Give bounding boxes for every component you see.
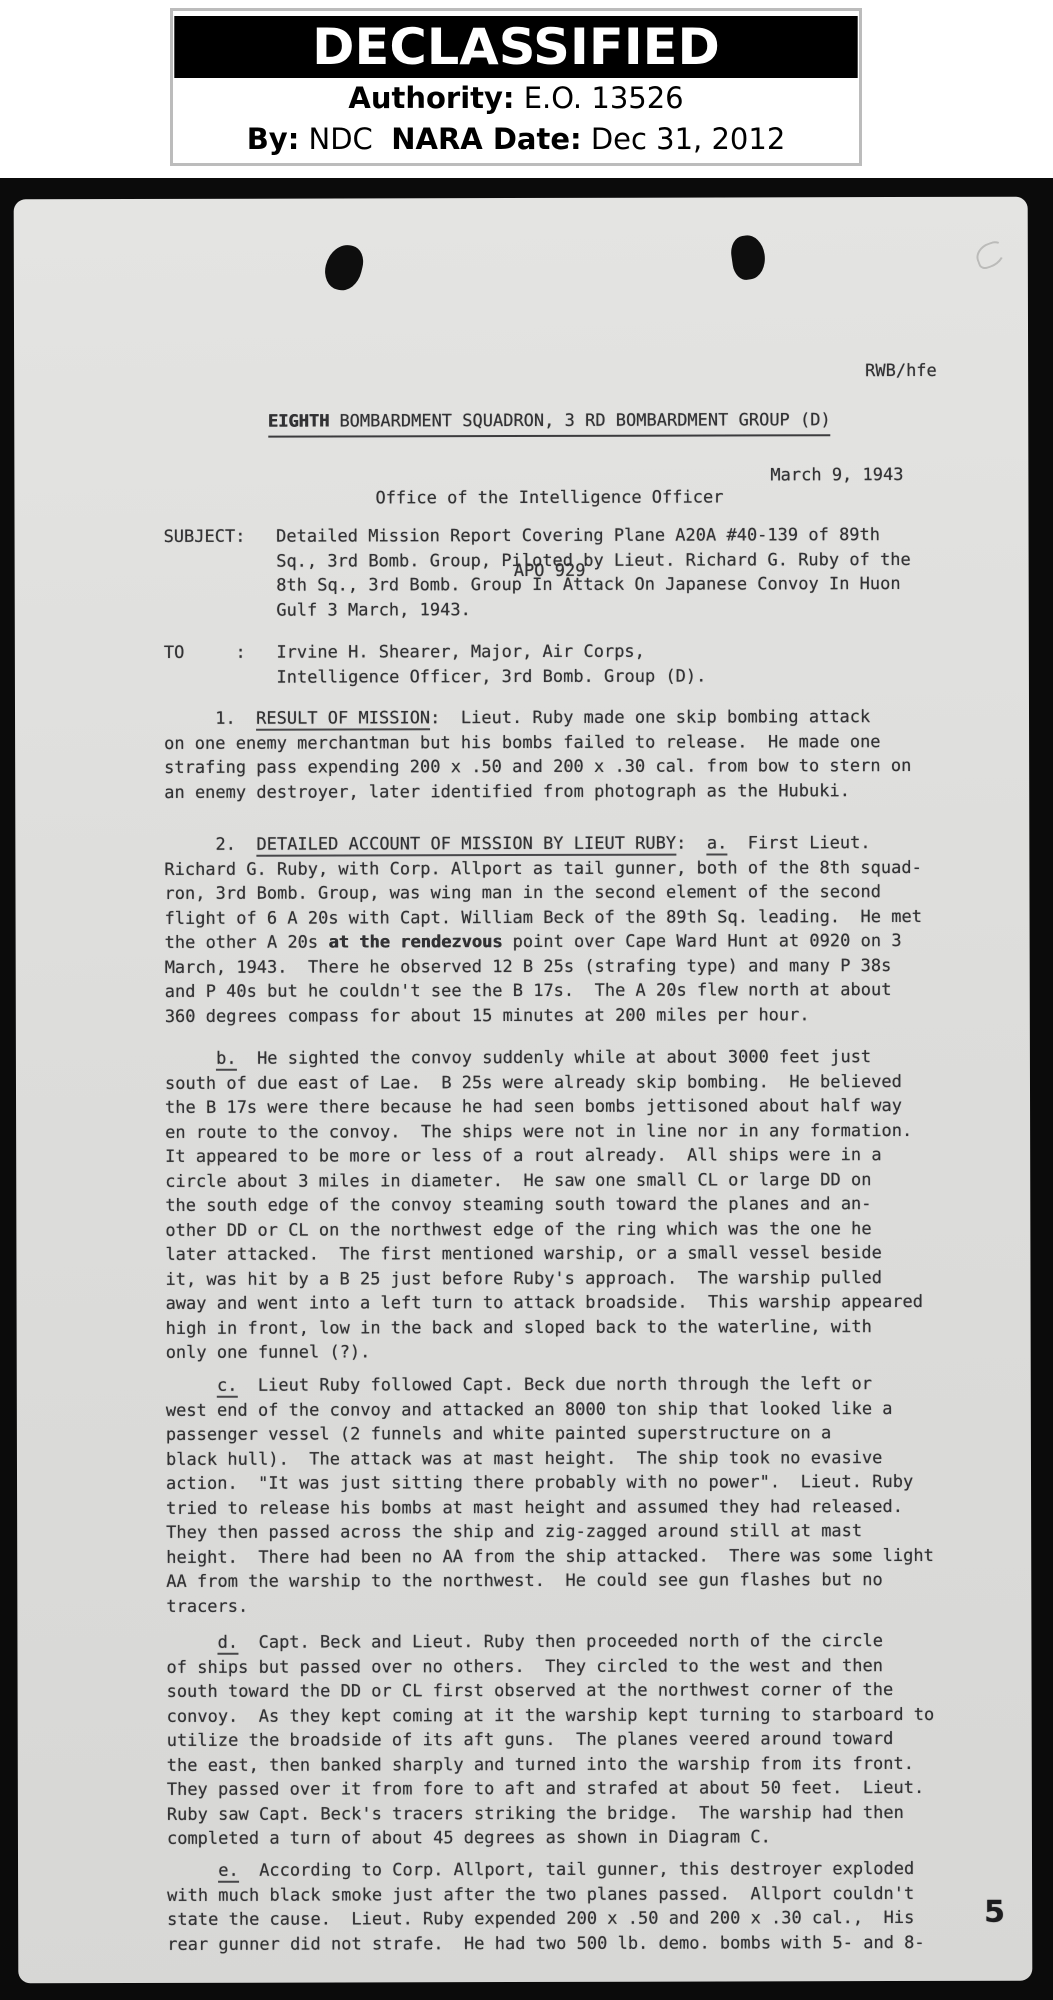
text-line: black hull). The attack was at mast heig… (166, 1445, 934, 1472)
text-line: tried to release his bombs at mast heigh… (166, 1494, 934, 1521)
text-line: e. According to Corp. Allport, tail gunn… (167, 1857, 924, 1883)
text-line: tracers. (166, 1592, 934, 1619)
text-line: They then passed across the ship and zig… (166, 1519, 934, 1546)
text-line: with much black smoke just after the two… (167, 1881, 924, 1907)
text-line: AA from the warship to the northwest. He… (166, 1568, 934, 1595)
ink-blot-right (729, 233, 768, 281)
authority-value: E.O. 13526 (524, 81, 684, 115)
to-block: TO : Irvine H. Shearer, Major, Air Corps… (164, 640, 707, 690)
subject-line: SUBJECT: Detailed Mission Report Coverin… (164, 523, 911, 549)
paragraph: d. Capt. Beck and Lieut. Ruby then proce… (166, 1629, 934, 1852)
page-number: 5 (984, 1895, 1005, 1930)
by-value: NDC (309, 122, 373, 156)
subject-line: Sq., 3rd Bomb. Group, Piloted by Lieut. … (164, 547, 911, 573)
declassified-title: DECLASSIFIED (174, 16, 857, 78)
text-line: of ships but passed over no others. They… (166, 1653, 934, 1680)
paragraph: e. According to Corp. Allport, tail gunn… (167, 1857, 925, 1957)
text-line: completed a turn of about 45 degrees as … (167, 1825, 935, 1852)
text-line: the B 17s were there because he had seen… (165, 1094, 922, 1120)
text-line: c. Lieut Ruby followed Capt. Beck due no… (166, 1372, 934, 1399)
text-line: b. He sighted the convoy suddenly while … (165, 1045, 922, 1071)
text-line: south of due east of Lae. B 25s were alr… (165, 1069, 922, 1095)
text-line: south toward the DD or CL first observed… (167, 1678, 935, 1705)
text-line: passenger vessel (2 funnels and white pa… (166, 1421, 934, 1448)
declassified-stamp: DECLASSIFIED Authority: E.O. 13526 By: N… (170, 8, 862, 166)
by-nara-line: By: NDC NARA Date: Dec 31, 2012 (181, 119, 851, 160)
body-copy: 1. RESULT OF MISSION: Lieut. Ruby made o… (164, 705, 954, 707)
text-line: only one funnel (?). (166, 1339, 923, 1365)
reference-initials: RWB/hfe (865, 359, 937, 384)
by-label: By: (247, 122, 300, 156)
paragraph: c. Lieut Ruby followed Capt. Beck due no… (166, 1372, 934, 1619)
date-line: March 9, 1943 (770, 463, 903, 488)
text-line: action. "It was just sitting there proba… (166, 1470, 934, 1497)
text-line: en route to the convoy. The ships were n… (165, 1118, 922, 1144)
subject-line: Gulf 3 March, 1943. (164, 596, 911, 622)
text-line: the other A 20s at the rendezvous point … (165, 929, 922, 955)
text-line: 1. RESULT OF MISSION: Lieut. Ruby made o… (164, 705, 911, 731)
text-line: It appeared to be more or less of a rout… (165, 1143, 922, 1169)
text-line: utilize the broadside of its aft guns. T… (167, 1727, 935, 1754)
text-line: on one enemy merchantman but his bombs f… (164, 729, 911, 755)
text-line: an enemy destroyer, later identified fro… (164, 778, 911, 804)
text-line: west end of the convoy and attacked an 8… (166, 1396, 934, 1423)
text-line: rear gunner did not strafe. He had two 5… (167, 1930, 924, 1956)
authority-line: Authority: E.O. 13526 (181, 78, 851, 119)
paragraph: 2. DETAILED ACCOUNT OF MISSION BY LIEUT … (164, 831, 922, 1029)
subject-block: SUBJECT: Detailed Mission Report Coverin… (164, 523, 911, 623)
text-line: state the cause. Lieut. Ruby expended 20… (167, 1906, 924, 1932)
authority-label: Authority: (348, 81, 514, 115)
text-line: the south edge of the convoy steaming so… (165, 1192, 922, 1218)
text-line: d. Capt. Beck and Lieut. Ruby then proce… (166, 1629, 934, 1656)
text-line: Ruby saw Capt. Beck's tracers striking t… (167, 1800, 935, 1827)
letterhead-line1: EIGHTH BOMBARDMENT SQUADRON, 3 RD BOMBAR… (268, 408, 831, 437)
paragraph: b. He sighted the convoy suddenly while … (165, 1045, 923, 1365)
nara-date-value: Dec 31, 2012 (591, 122, 785, 156)
text-line: They passed over it from fore to aft and… (167, 1776, 935, 1803)
text-line: and P 40s but he couldn't see the B 17s.… (165, 978, 922, 1004)
ink-blot-left (321, 241, 367, 294)
text-line: it, was hit by a B 25 just before Ruby's… (165, 1265, 922, 1291)
text-line: flight of 6 A 20s with Capt. William Bec… (165, 904, 922, 930)
nara-date-label: NARA Date: (391, 122, 581, 156)
text-line: circle about 3 miles in diameter. He saw… (165, 1167, 922, 1193)
text-line: strafing pass expending 200 x .50 and 20… (164, 754, 911, 780)
pencil-mark (973, 238, 1009, 271)
letterhead-line2: Office of the Intelligence Officer (163, 484, 935, 511)
document-page: EIGHTH BOMBARDMENT SQUADRON, 3 RD BOMBAR… (14, 197, 1033, 1984)
text-line: convoy. As they kept coming at it the wa… (167, 1702, 935, 1729)
subject-line: 8th Sq., 3rd Bomb. Group In Attack On Ja… (164, 572, 911, 598)
text-line: other DD or CL on the northwest edge of … (165, 1216, 922, 1242)
text-line: ron, 3rd Bomb. Group, was wing man in th… (164, 880, 921, 906)
text-line: the east, then banked sharply and turned… (167, 1751, 935, 1778)
text-line: later attacked. The first mentioned wars… (165, 1241, 922, 1267)
to-line: TO : Irvine H. Shearer, Major, Air Corps… (164, 640, 707, 666)
paragraph: 1. RESULT OF MISSION: Lieut. Ruby made o… (164, 705, 911, 805)
text-line: height. There had been no AA from the sh… (166, 1543, 934, 1570)
text-line: away and went into a left turn to attack… (166, 1290, 923, 1316)
text-line: Richard G. Ruby, with Corp. Allport as t… (164, 855, 921, 881)
to-line: Intelligence Officer, 3rd Bomb. Group (D… (164, 664, 707, 690)
text-line: 360 degrees compass for about 15 minutes… (165, 1002, 922, 1028)
text-line: high in front, low in the back and slope… (166, 1314, 923, 1340)
text-line: March, 1943. There he observed 12 B 25s … (165, 953, 922, 979)
text-line: 2. DETAILED ACCOUNT OF MISSION BY LIEUT … (164, 831, 921, 857)
